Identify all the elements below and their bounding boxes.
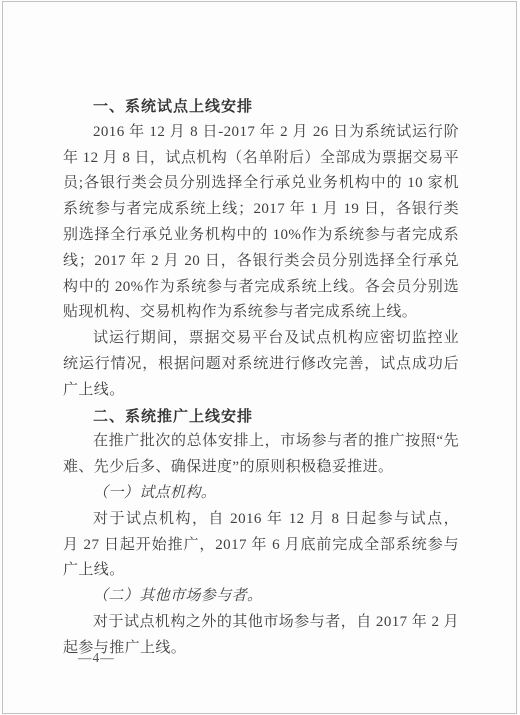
text-line: 试运行期间，票据交易平台及试点机构应密切监控业务和系 [63, 326, 459, 352]
text-line: 难、先少后多、确保进度”的原则积极稳妥推进。 [63, 455, 459, 481]
section-2-heading: 二、系统推广上线安排 [63, 404, 459, 430]
document-page: 一、系统试点上线安排 2016 年 12 月 8 日-2017 年 2 月 26… [0, 0, 520, 715]
text-line: 年 12 月 8 日，试点机构（名单附后）全部成为票据交易平台会 [63, 146, 459, 172]
page-number: —4— [78, 650, 115, 666]
text-line: 月 27 日起开始推广，2017 年 6 月底前完成全部系统参与者的推 [63, 533, 459, 559]
text-line: 员;各银行类会员分别选择全行承兑业务机构中的 10 家机构作为 [63, 171, 459, 197]
text-line: 在推广批次的总体安排上，市场参与者的推广按照“先易后 [63, 429, 459, 455]
document-content: 一、系统试点上线安排 2016 年 12 月 8 日-2017 年 2 月 26… [63, 94, 459, 662]
text-line: 构中的 20%作为系统参与者完成系统上线。各会员分别选择授权 [63, 275, 459, 301]
text-line: 线；2017 年 2 月 20 日，各银行类会员分别选择全行承兑业务机 [63, 249, 459, 275]
text-line: 对于试点机构，自 2016 年 12 月 8 日起参与试点，2017 年 2 [63, 507, 459, 533]
subsection-2-heading: （二）其他市场参与者。 [63, 584, 459, 610]
text-line: 广上线。 [63, 378, 459, 404]
text-line: 对于试点机构之外的其他市场参与者，自 2017 年 2 月 27 日 [63, 610, 459, 636]
subsection-1-heading: （一）试点机构。 [63, 481, 459, 507]
text-line: 2016 年 12 月 8 日-2017 年 2 月 26 日为系统试运行阶段。… [63, 120, 459, 146]
text-line: 系统参与者完成系统上线；2017 年 1 月 19 日，各银行类会员分 [63, 197, 459, 223]
text-line: 起参与推广上线。 [63, 636, 459, 662]
text-line: 广上线。 [63, 558, 459, 584]
text-line: 统运行情况，根据问题对系统进行修改完善，试点成功后全面推 [63, 352, 459, 378]
section-1-heading: 一、系统试点上线安排 [63, 94, 459, 120]
text-line: 贴现机构、交易机构作为系统参与者完成系统上线。 [63, 300, 459, 326]
text-line: 别选择全行承兑业务机构中的 10%作为系统参与者完成系统上 [63, 223, 459, 249]
